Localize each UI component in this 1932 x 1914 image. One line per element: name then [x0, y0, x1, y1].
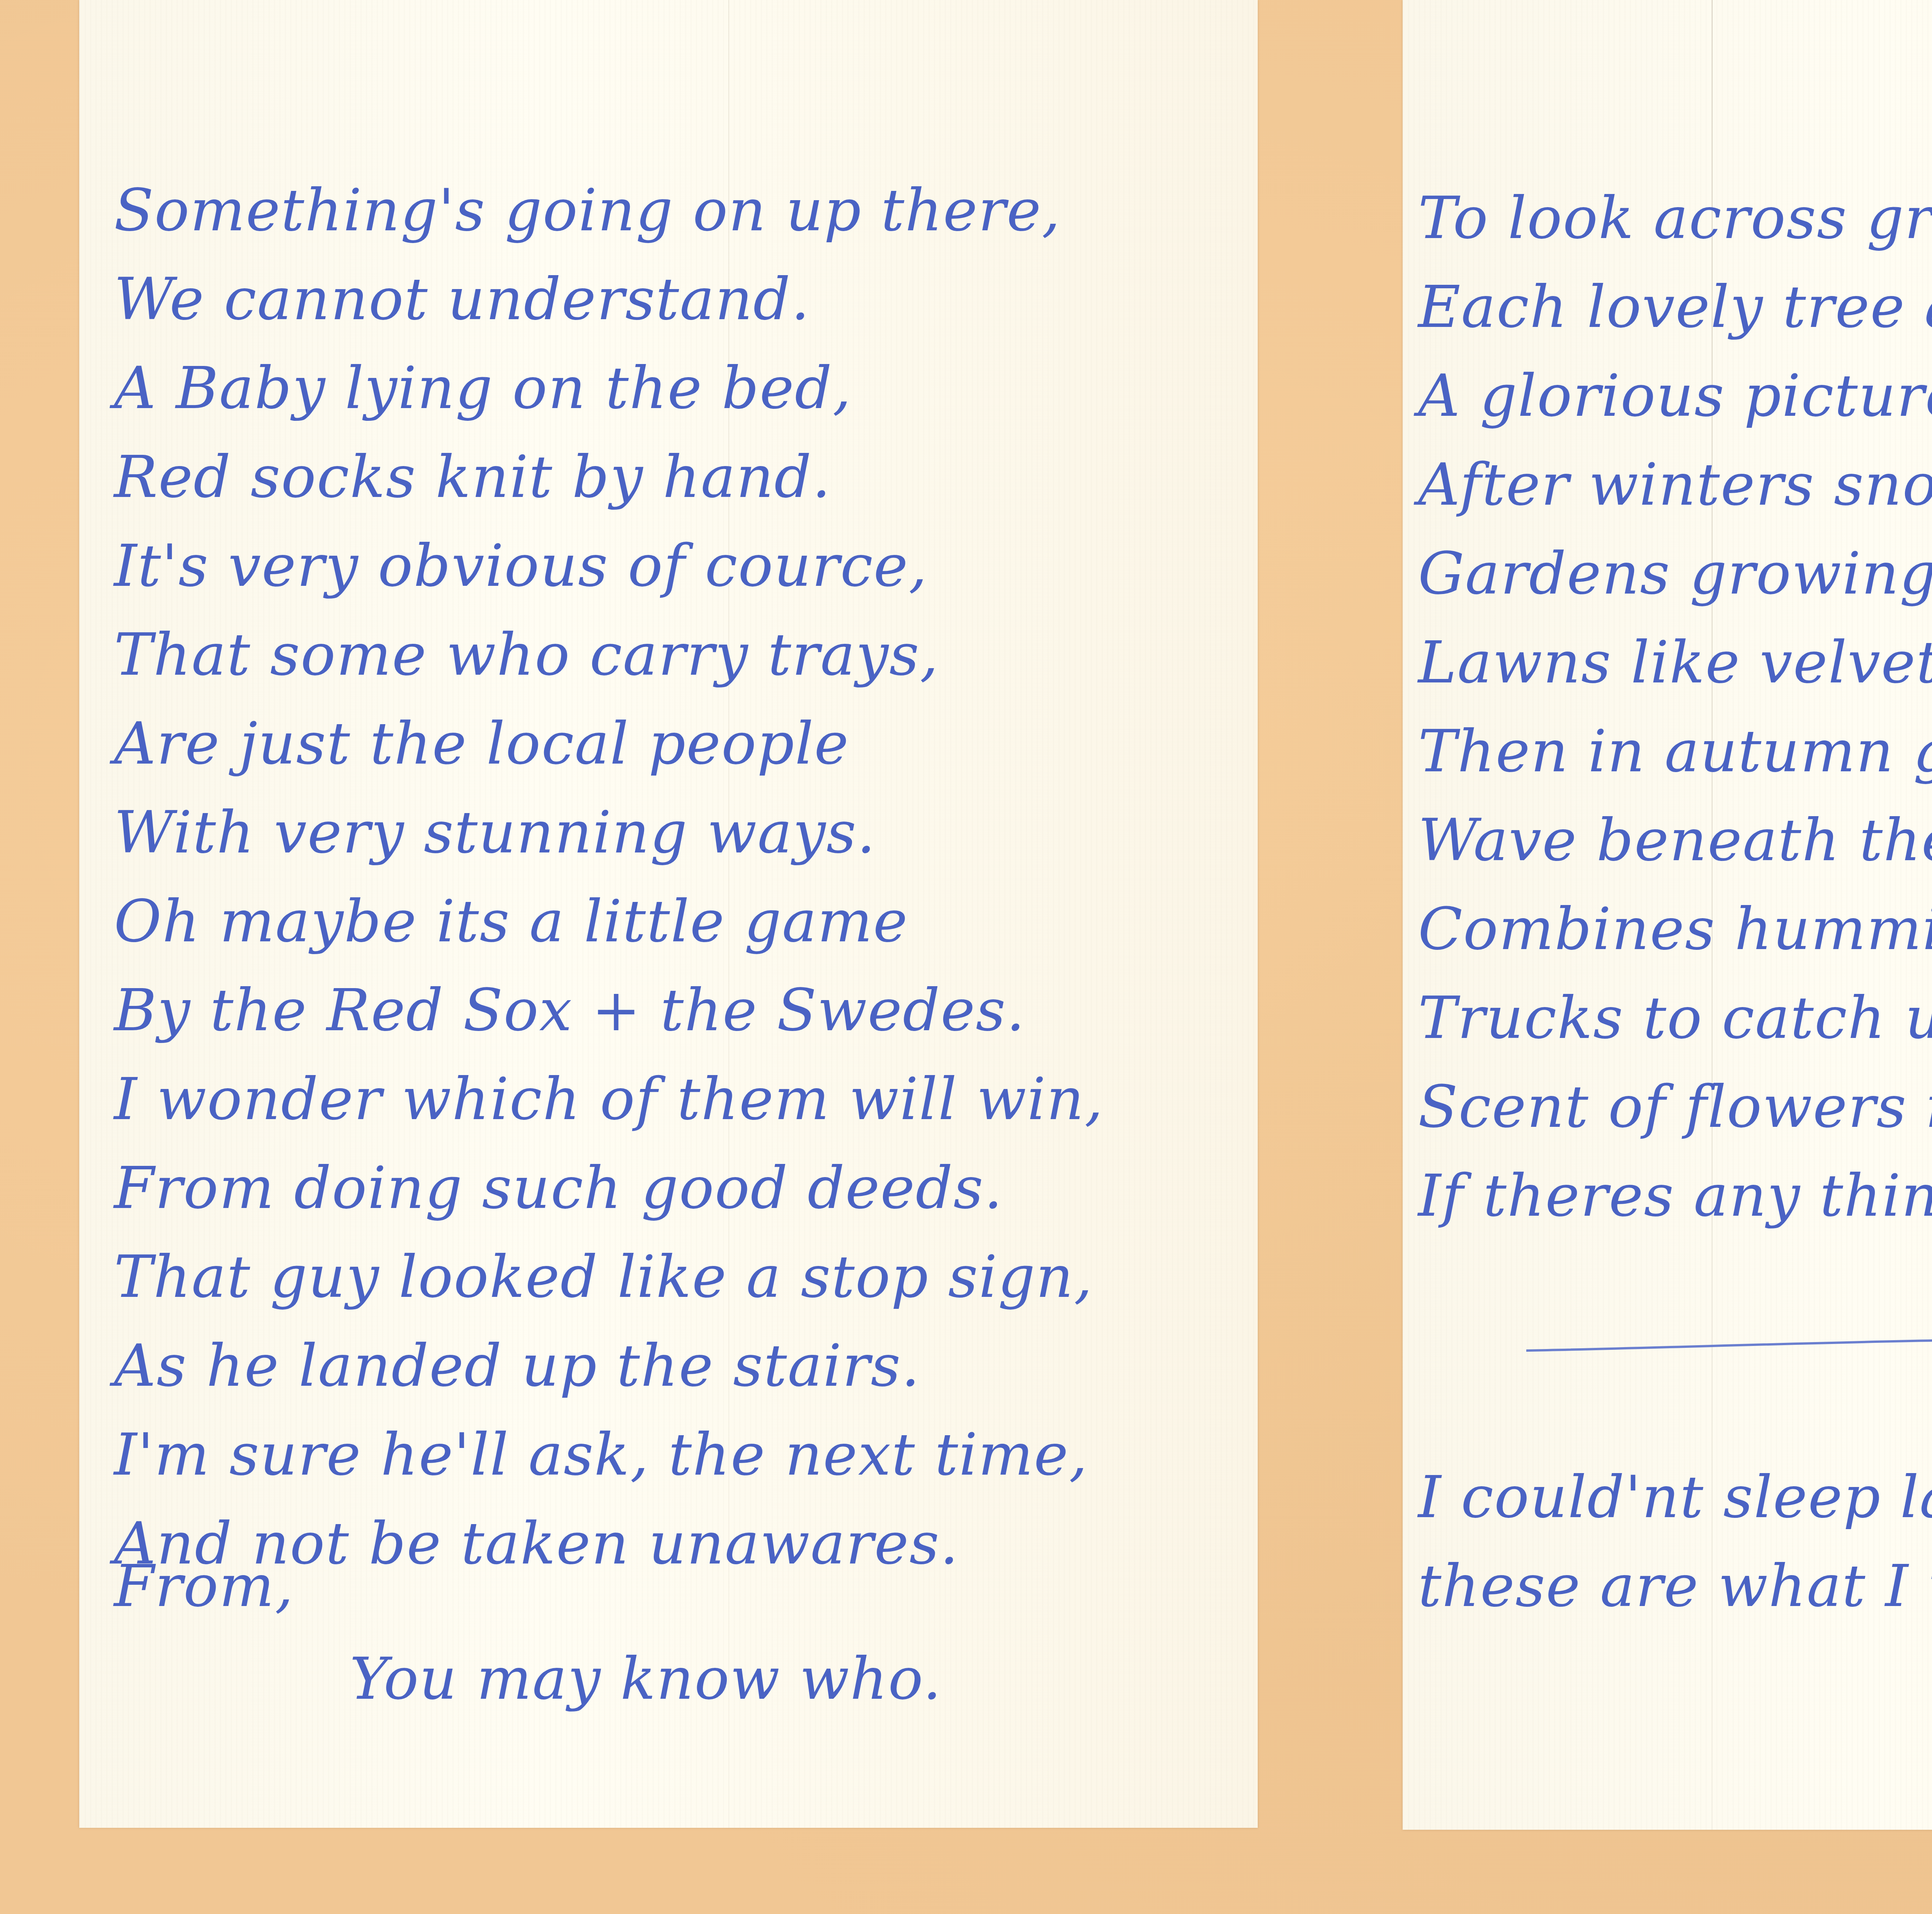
poem-line: Something's going on up there,: [114, 166, 1104, 255]
poem-line: Scent of flowers in evening air: [1418, 1063, 1932, 1152]
line-text: Wave beneath the: [1418, 807, 1932, 874]
poem-line: That guy looked like a stop sign,: [114, 1233, 1104, 1322]
note-line: I could'nt sleep last nite so: [1418, 1453, 1932, 1542]
poem-line: By the Red Sox + the Swedes.: [114, 966, 1104, 1055]
note-line: these are what I whipped up.: [1418, 1542, 1932, 1631]
line-text: If theres any thing nicer I don't: [1418, 1162, 1932, 1230]
line-text: Scent of flowers in evening air: [1418, 1074, 1932, 1141]
right-sheet: To look across green fields in spring Ea…: [1403, 0, 1932, 1830]
poem-line: I'm sure he'll ask, the next time,: [114, 1410, 1104, 1499]
poem-line: Oh maybe its a little game: [114, 877, 1104, 966]
poem-line: If theres any thing nicer I don't: [1418, 1152, 1932, 1240]
poem-line: Combines humming by the road: [1418, 885, 1932, 974]
line-text: Trucks to catch up every load: [1418, 985, 1932, 1052]
closing-note: I could'nt sleep last nite so these are …: [1418, 1453, 1932, 1631]
poem-line: It's very obvious of cource,: [114, 522, 1104, 611]
line-text: Combines humming by the road: [1418, 896, 1932, 963]
poem-line: We cannot understand.: [114, 255, 1104, 344]
signoff-from: From,: [114, 1542, 294, 1631]
poem-line: Are just the local people: [114, 699, 1104, 788]
poem-line: A glorious picture to behold: [1418, 352, 1932, 441]
left-poem-verse: Something's going on up there, We cannot…: [114, 166, 1104, 1588]
poem-line: Each lovely tree and birds that sing: [1418, 263, 1932, 352]
line-text: Then in autumn golden grains: [1418, 718, 1932, 785]
poem-line: From doing such good deeds.: [114, 1144, 1104, 1233]
poem-line: I wonder which of them will win,: [114, 1055, 1104, 1144]
poem-line: After winters snow and cold: [1418, 441, 1932, 529]
poem-line: Red socks knit by hand.: [114, 433, 1104, 522]
left-sheet: Something's going on up there, We cannot…: [79, 0, 1258, 1828]
flourish-divider: [1526, 1333, 1932, 1403]
poem-line: Then in autumn golden grains: [1418, 707, 1932, 796]
signoff-name: You may know who.: [350, 1635, 942, 1723]
poem-line: With very stunning ways.: [114, 788, 1104, 877]
right-poem-verse-2: Then in autumn golden grains Wave beneat…: [1418, 707, 1932, 1240]
poem-line: As he landed up the stairs.: [114, 1322, 1104, 1410]
poem-line: That some who carry trays,: [114, 611, 1104, 699]
right-poem-verse-1: To look across green fields in spring Ea…: [1418, 174, 1932, 707]
poem-line: Lawns like velvet, what a sight: [1418, 618, 1932, 707]
poem-line: Wave beneath the cooling rains: [1418, 796, 1932, 885]
poem-line: Gardens growing day and night: [1418, 529, 1932, 618]
poem-line: A Baby lying on the bed,: [114, 344, 1104, 433]
poem-line: Trucks to catch up every load: [1418, 974, 1932, 1063]
poem-line: To look across green fields in spring: [1418, 174, 1932, 263]
